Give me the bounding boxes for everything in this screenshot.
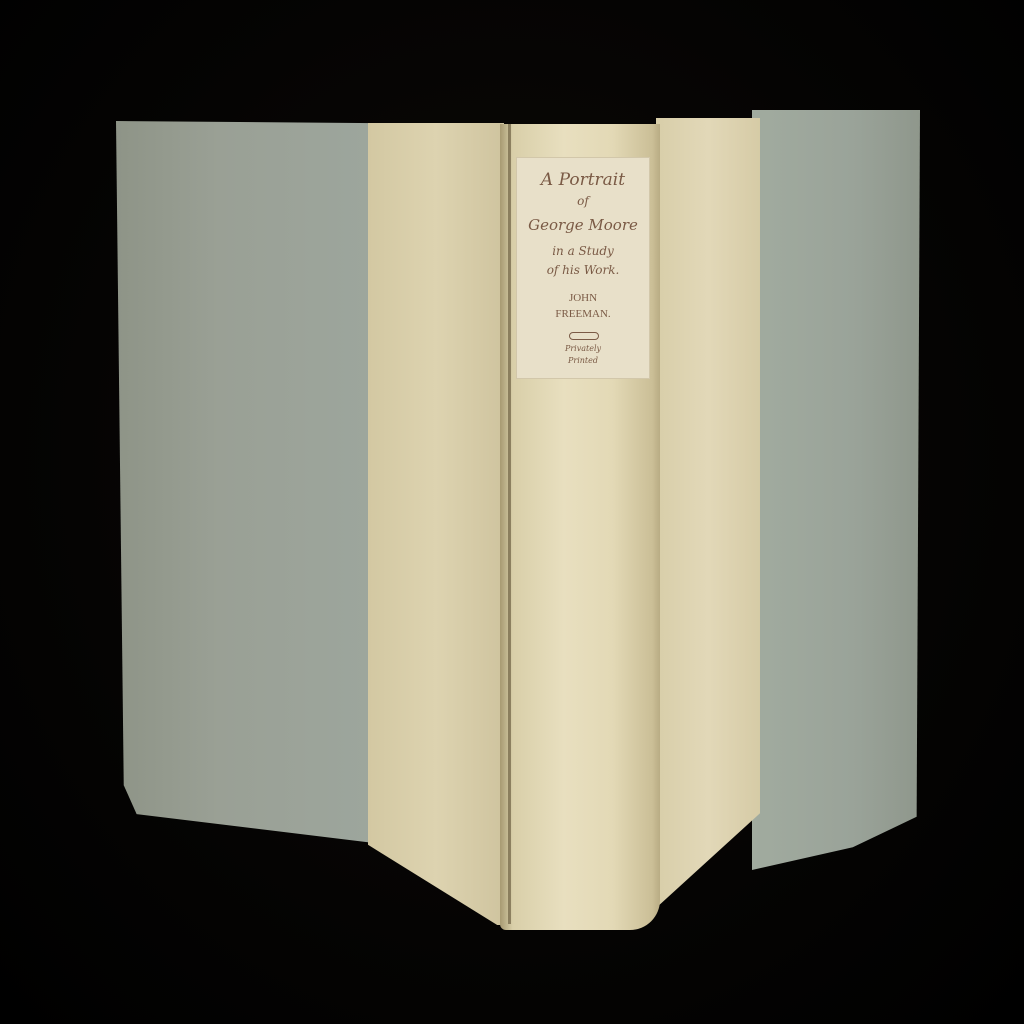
ornament-icon <box>569 332 599 340</box>
title-line-1: A Portrait <box>517 170 649 190</box>
book: A Portrait of George Moore in a Study of… <box>0 0 1024 1024</box>
author-line-1: JOHN <box>517 292 649 304</box>
title-line-4: in a Study <box>517 244 649 258</box>
title-line-3: George Moore <box>517 216 649 234</box>
right-board-paper-strip <box>656 118 760 908</box>
left-board-cloth <box>116 121 374 843</box>
imprint-line-2: Printed <box>517 356 649 365</box>
title-line-2: of <box>517 194 649 208</box>
author-line-2: FREEMAN. <box>517 308 649 320</box>
spine-label: A Portrait of George Moore in a Study of… <box>516 157 650 379</box>
left-board-paper-strip <box>368 123 504 925</box>
imprint-line-1: Privately <box>517 344 649 353</box>
spine-hinge-groove <box>508 124 511 924</box>
title-line-5: of his Work. <box>517 263 649 277</box>
right-board-cloth <box>752 110 920 870</box>
